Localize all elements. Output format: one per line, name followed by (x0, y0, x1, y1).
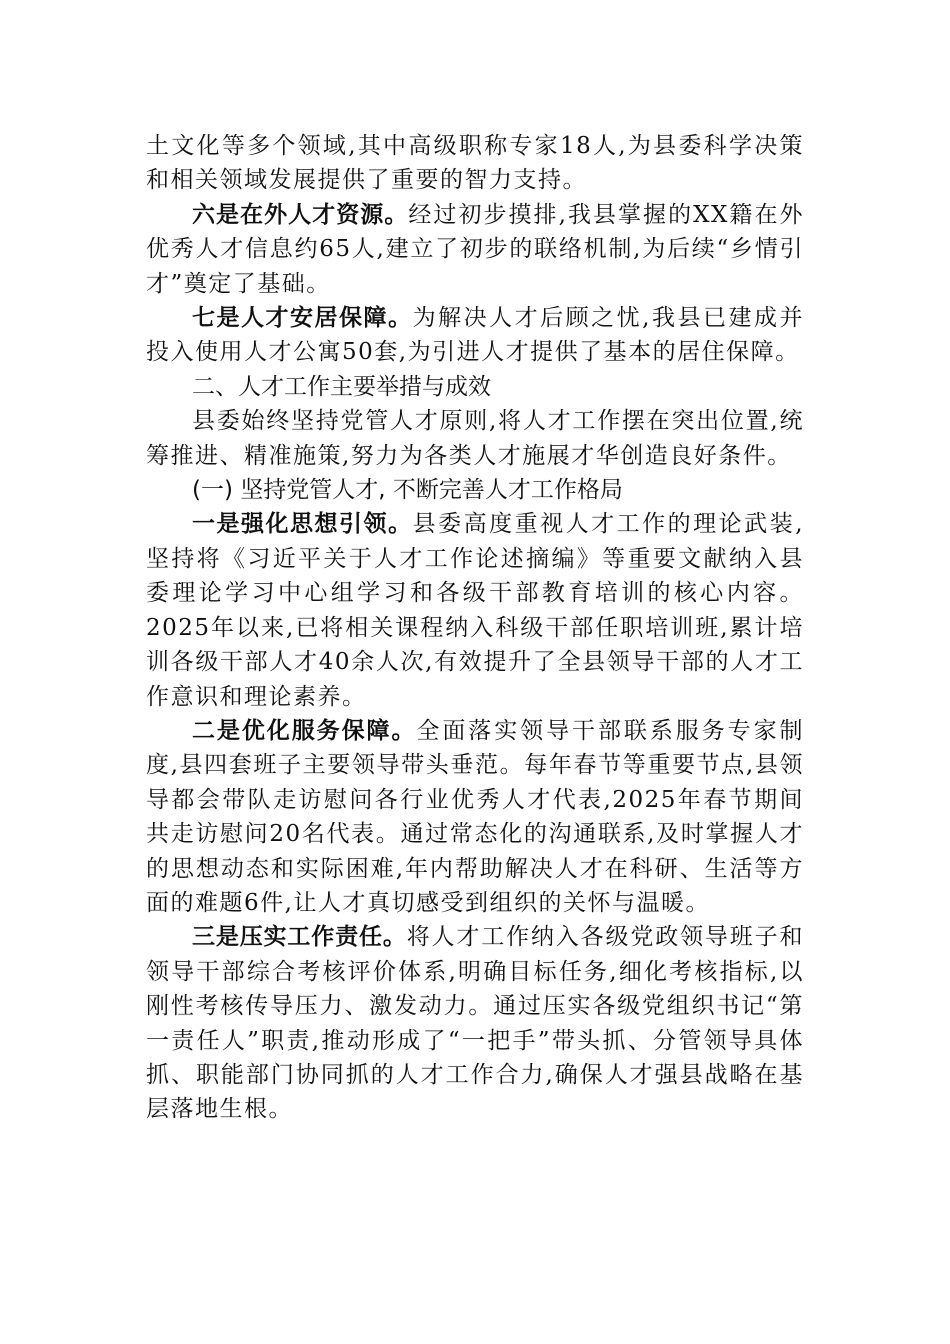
paragraph-text: 土文化等多个领域,其中高级职称专家18人,为县委科学决策和相关领域发展提供了重要… (146, 133, 804, 193)
paragraph-continuation: 土文化等多个领域,其中高级职称专家18人,为县委科学决策和相关领域发展提供了重要… (146, 129, 804, 198)
item-service: 二是优化服务保障。全面落实领导干部联系服务专家制度,县四套班子主要领导带头垂范。… (146, 714, 804, 920)
item-lead: 一是强化思想引领。 (192, 511, 413, 537)
paragraph-lead: 六是在外人才资源。 (192, 202, 408, 228)
paragraph-housing: 七是人才安居保障。为解决人才后顾之忧,我县已建成并投入使用人才公寓50套,为引进… (146, 301, 804, 370)
document-page: 土文化等多个领域,其中高级职称专家18人,为县委科学决策和相关领域发展提供了重要… (146, 129, 804, 1127)
section-intro: 县委始终坚持党管人才原则,将人才工作摆在突出位置,统筹推进、精准施策,努力为各类… (146, 404, 804, 473)
item-text: 将人才工作纳入各级党政领导班子和领导干部综合考核评价体系,明确目标任务,细化考核… (146, 924, 804, 1122)
section-heading: 二、人才工作主要举措与成效 (146, 370, 804, 404)
item-responsibility: 三是压实工作责任。将人才工作纳入各级党政领导班子和领导干部综合考核评价体系,明确… (146, 920, 804, 1126)
paragraph-overseas-talent: 六是在外人才资源。经过初步摸排,我县掌握的XX籍在外优秀人才信息约65人,建立了… (146, 198, 804, 301)
subsection-heading: (一) 坚持党管人才, 不断完善人才工作格局 (146, 473, 804, 507)
item-lead: 二是优化服务保障。 (192, 718, 416, 744)
item-lead: 三是压实工作责任。 (192, 924, 407, 950)
paragraph-lead: 七是人才安居保障。 (192, 305, 413, 331)
item-text: 县委高度重视人才工作的理论武装,坚持将《习近平关于人才工作论述摘编》等重要文献纳… (146, 511, 804, 709)
item-ideology: 一是强化思想引领。县委高度重视人才工作的理论武装,坚持将《习近平关于人才工作论述… (146, 507, 804, 713)
item-text: 全面落实领导干部联系服务专家制度,县四套班子主要领导带头垂范。每年春节等重要节点… (146, 718, 804, 916)
